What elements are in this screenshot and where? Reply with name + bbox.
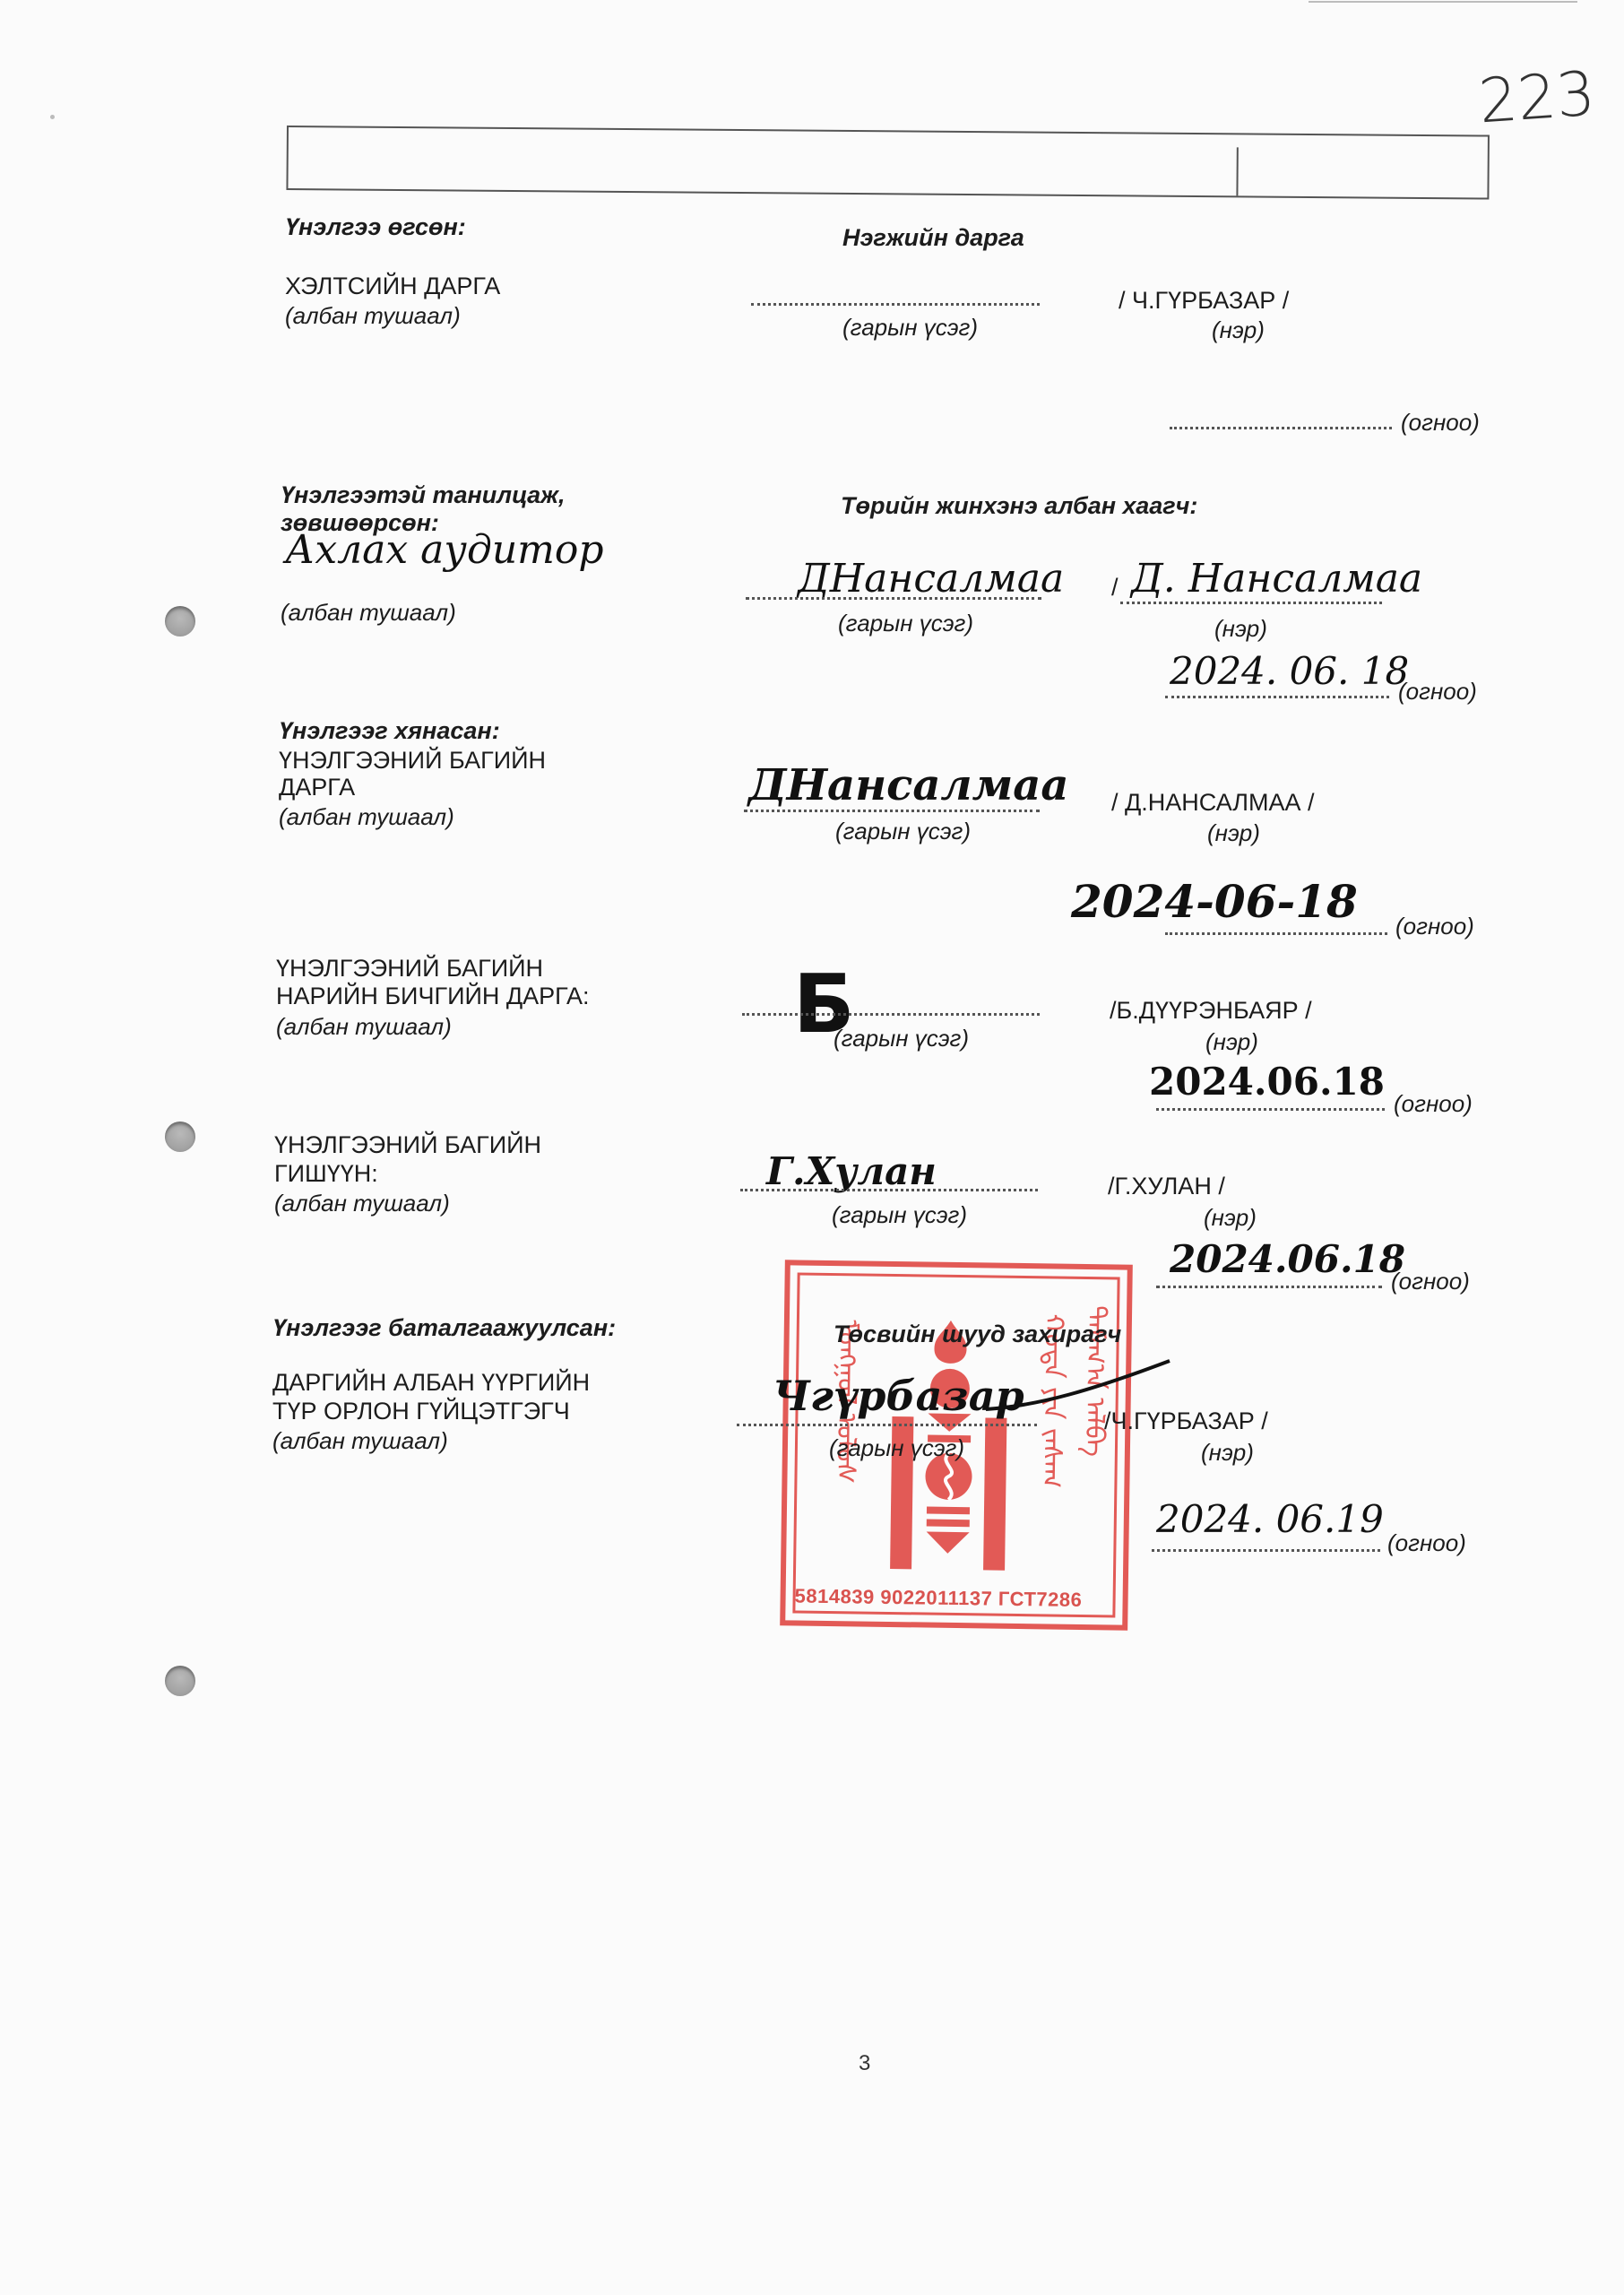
section-6-date-label: (огноо) xyxy=(1387,1529,1466,1557)
section-4-signature-line xyxy=(742,1013,1040,1016)
section-5-date-label: (огноо) xyxy=(1391,1268,1470,1295)
section-1-role-title: Нэгжийн дарга xyxy=(842,224,1024,252)
section-1-date-line xyxy=(1170,427,1392,429)
section-2-date-label: (огноо) xyxy=(1398,678,1477,706)
section-5-position-line2: ГИШҮҮН: xyxy=(274,1160,378,1187)
section-2-name-bracket: / xyxy=(1111,574,1119,601)
section-1-name: / Ч.ГҮРБАЗАР / xyxy=(1119,287,1289,314)
section-1-heading: Үнэлгээ өгсөн: xyxy=(285,213,466,241)
section-5-date-handwritten: 2024.06.18 xyxy=(1170,1237,1405,1281)
section-2-name-label: (нэр) xyxy=(1214,615,1267,643)
section-3-position-line1: ҮНЭЛГЭЭНИЙ БАГИЙН xyxy=(279,747,546,774)
section-6-position-line1: ДАРГИЙН АЛБАН ҮҮРГИЙН xyxy=(272,1369,590,1396)
page-number: 3 xyxy=(859,2051,870,2076)
stamp-mongolian-script-left: ᠮᠣᠩᠭᠣᠯ ᠤᠯᠤᠰ xyxy=(820,1320,870,1545)
section-2-role-title: Төрийн жинхэнэ албан хаагч: xyxy=(841,492,1197,520)
section-5-date-line xyxy=(1156,1286,1382,1288)
stamp-registration-codes: 5814839 9022011137 ГСТ7286 xyxy=(794,1584,1117,1612)
section-3-name-label: (нэр) xyxy=(1207,819,1260,847)
header-table xyxy=(286,126,1490,200)
punch-hole xyxy=(165,1122,195,1152)
section-6-date-line xyxy=(1152,1549,1380,1552)
section-4-date-line xyxy=(1156,1108,1385,1111)
scan-speck xyxy=(50,115,55,119)
section-2-position-label: (албан тушаал) xyxy=(281,599,456,627)
section-5-signature-line xyxy=(740,1189,1038,1191)
section-3-position-label: (албан тушаал) xyxy=(279,803,454,831)
scan-edge-line xyxy=(1309,1,1577,3)
section-4-date-label: (огноо) xyxy=(1394,1090,1473,1118)
folio-number: 223 xyxy=(1476,59,1597,138)
section-3-heading: Үнэлгээг хянасан: xyxy=(279,717,500,745)
section-6-date-handwritten: 2024. 06.19 xyxy=(1156,1497,1384,1541)
section-6-position-label: (албан тушаал) xyxy=(272,1427,448,1455)
section-3-position-line2: ДАРГА xyxy=(279,774,355,801)
section-3-signature-line xyxy=(744,810,1040,812)
section-1-signature-label: (гарын үсэг) xyxy=(842,314,978,342)
punch-hole xyxy=(165,1666,195,1696)
section-6-name-label: (нэр) xyxy=(1201,1439,1254,1467)
section-2-name-line xyxy=(1120,602,1382,604)
section-1-signature-line xyxy=(751,303,1040,306)
section-3-signature: ДНансалмаа xyxy=(748,760,1068,810)
section-2-date-line xyxy=(1165,696,1389,698)
section-4-position-line2: НАРИЙН БИЧГИЙН ДАРГА: xyxy=(276,983,590,1009)
section-2-signature-label: (гарын үсэг) xyxy=(838,610,973,637)
section-3-signature-label: (гарын үсэг) xyxy=(835,818,971,845)
section-5-signature: Г.Хулан xyxy=(766,1149,937,1193)
section-4-date-handwritten: 2024.06.18 xyxy=(1149,1060,1385,1104)
section-5-position-label: (албан тушаал) xyxy=(274,1190,450,1217)
section-1-name-label: (нэр) xyxy=(1212,316,1265,344)
section-5-position-line1: ҮНЭЛГЭЭНИЙ БАГИЙН xyxy=(274,1131,541,1158)
section-5-name: /Г.ХУЛАН / xyxy=(1108,1173,1225,1199)
section-3-date-label: (огноо) xyxy=(1395,913,1474,940)
section-6-position-line2: ТҮР ОРЛОН ГҮЙЦЭТГЭГЧ xyxy=(272,1398,570,1425)
punch-hole xyxy=(165,606,195,637)
section-2-date-handwritten: 2024. 06. 18 xyxy=(1170,649,1409,693)
section-6-name: /Ч.ГҮРБАЗАР / xyxy=(1104,1407,1268,1434)
section-6-heading: Үнэлгээг баталгаажуулсан: xyxy=(272,1314,616,1342)
section-4-signature-label: (гарын үсэг) xyxy=(834,1025,969,1052)
section-2-heading-line1: Үнэлгээтэй танилцаж, xyxy=(281,481,566,509)
section-2-signature-line xyxy=(746,597,1041,600)
section-2-signature: ДНансалмаа xyxy=(798,556,1064,602)
section-3-date-handwritten: 2024-06-18 xyxy=(1071,875,1358,928)
section-1-position-label: (албан тушаал) xyxy=(285,302,461,330)
section-4-name-label: (нэр) xyxy=(1205,1028,1258,1056)
section-3-name: / Д.НАНСАЛМАА / xyxy=(1111,789,1315,816)
section-5-signature-label: (гарын үсэг) xyxy=(832,1201,967,1229)
section-1-position: ХЭЛТСИЙН ДАРГА xyxy=(285,273,500,299)
section-3-date-line xyxy=(1165,932,1387,935)
section-6-role-title: Төсвийн шууд захирагч xyxy=(834,1321,1121,1348)
section-4-name: /Б.ДҮҮРЭНБАЯР / xyxy=(1110,997,1312,1024)
section-4-position-label: (албан тушаал) xyxy=(276,1013,452,1041)
section-4-position-line1: ҮНЭЛГЭЭНИЙ БАГИЙН xyxy=(276,955,543,982)
section-2-position-handwritten: Ахлах аудитор xyxy=(285,527,604,573)
section-6-signature-line xyxy=(737,1424,1037,1426)
section-6-signature-label: (гарын үсэг) xyxy=(829,1434,964,1462)
table-divider xyxy=(1236,147,1238,195)
section-5-name-label: (нэр) xyxy=(1204,1204,1257,1232)
section-2-name-handwritten: Д. Нансалмаа xyxy=(1131,556,1422,602)
section-1-date-label: (огноо) xyxy=(1401,409,1480,437)
